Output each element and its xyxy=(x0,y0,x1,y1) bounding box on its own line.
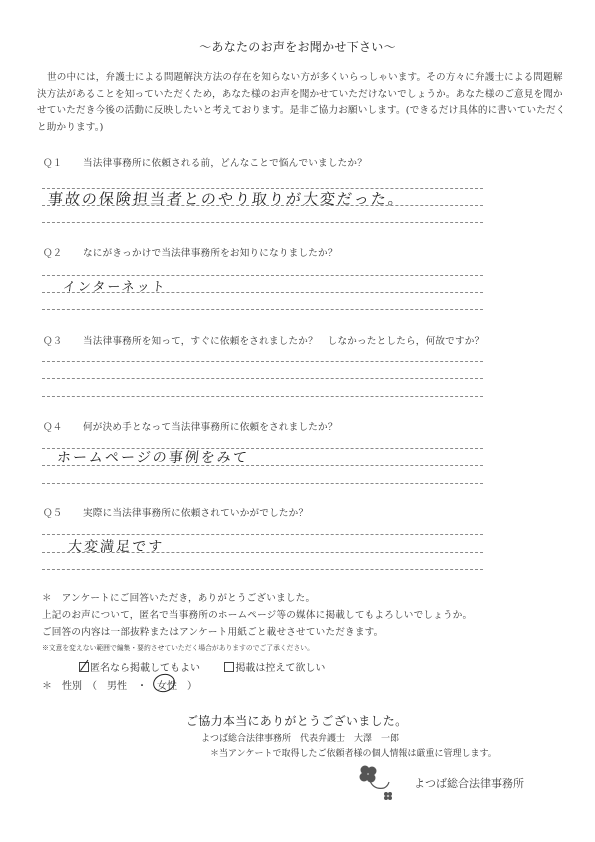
firm-logo-text: よつば総合法律事務所 xyxy=(414,775,524,791)
edit-note: ※文意を変えない範囲で編集・要約させていただく場合がありますのでご了承ください。 xyxy=(42,642,314,652)
consent-decline-label: 掲載は控えて欲しい xyxy=(235,663,325,674)
answer-line xyxy=(42,222,483,223)
question-5-text: 実際に当法律事務所に依頼されていかがでしたか？ xyxy=(83,505,308,519)
publish-question: 上記のお声について，匿名で当事務所のホームページ等の媒体に掲載してもよろしいでし… xyxy=(42,607,472,621)
consent-anonymous-checkbox[interactable] xyxy=(79,662,89,672)
answer-line xyxy=(42,205,483,206)
question-5-answer[interactable]: 大変満足です xyxy=(67,536,165,556)
question-2-text: なにがきっかけで当法律事務所をお知りになりましたか？ xyxy=(83,245,338,259)
privacy-note: ＊当アンケートで取得したご依頼者様の個人情報は厳重に管理します。 xyxy=(210,746,497,759)
consent-decline-checkbox[interactable] xyxy=(224,662,234,672)
answer-line xyxy=(42,569,483,570)
question-4-answer[interactable]: ホームページの事例をみて xyxy=(56,447,250,467)
gender-row: ＊ 性別 （ 男性 ・ 女性 ） xyxy=(42,677,197,692)
gender-prefix: ＊ 性別 （ xyxy=(42,681,107,692)
intro-paragraph: 世の中には，弁護士による問題解決方法の存在を知らない方が多くいらっしゃいます。そ… xyxy=(37,70,567,136)
answer-line xyxy=(42,552,483,553)
consent-anonymous-option[interactable]: 匿名なら掲載してもよい xyxy=(79,663,203,674)
question-4-text: 何が決め手となって当法律事務所に依頼をされましたか？ xyxy=(83,419,338,433)
answer-line xyxy=(42,483,483,484)
consent-anonymous-label: 匿名なら掲載してもよい xyxy=(90,663,200,674)
page-title: ～あなたのお声をお聞かせ下さい～ xyxy=(0,38,595,55)
clover-logo-icon xyxy=(356,764,404,802)
consent-decline-option[interactable]: 掲載は控えて欲しい xyxy=(224,663,325,674)
question-3-label: Ｑ３ xyxy=(43,333,62,347)
question-1-text: 当法律事務所に依頼される前，どんなことで悩んでいましたか？ xyxy=(83,155,367,169)
footer-thanks: ご協力本当にありがとうございました。 xyxy=(186,712,407,729)
gender-option-female[interactable]: 女性 xyxy=(157,677,177,692)
answer-line xyxy=(42,396,483,397)
question-2-label: Ｑ２ xyxy=(43,245,62,259)
excerpt-note: ご回答の内容は一部抜粋またはアンケート用紙ごと載せさせていただきます。 xyxy=(42,624,383,638)
answer-line xyxy=(42,378,483,379)
gender-suffix: ） xyxy=(177,681,197,692)
question-1-label: Ｑ１ xyxy=(43,155,62,169)
question-3-text: 当法律事務所を知って，すぐに依頼をされましたか？ しなかったとしたら，何故ですか… xyxy=(83,333,484,347)
answer-line xyxy=(42,534,483,535)
check-icon xyxy=(78,658,89,671)
consent-options: 匿名なら掲載してもよい 掲載は控えて欲しい xyxy=(79,659,325,674)
survey-thanks-note: ＊ アンケートにご回答いただき，ありがとうございました。 xyxy=(42,590,315,604)
question-4-label: Ｑ４ xyxy=(43,419,62,433)
answer-line xyxy=(42,361,483,362)
answer-line xyxy=(42,465,483,466)
gender-option-male[interactable]: 男性 xyxy=(107,681,127,692)
question-5-label: Ｑ５ xyxy=(43,505,62,519)
answer-line xyxy=(42,292,483,293)
footer-signature: よつば総合法律事務所 代表弁護士 大澤 一郎 xyxy=(201,731,399,744)
answer-line xyxy=(42,309,483,310)
